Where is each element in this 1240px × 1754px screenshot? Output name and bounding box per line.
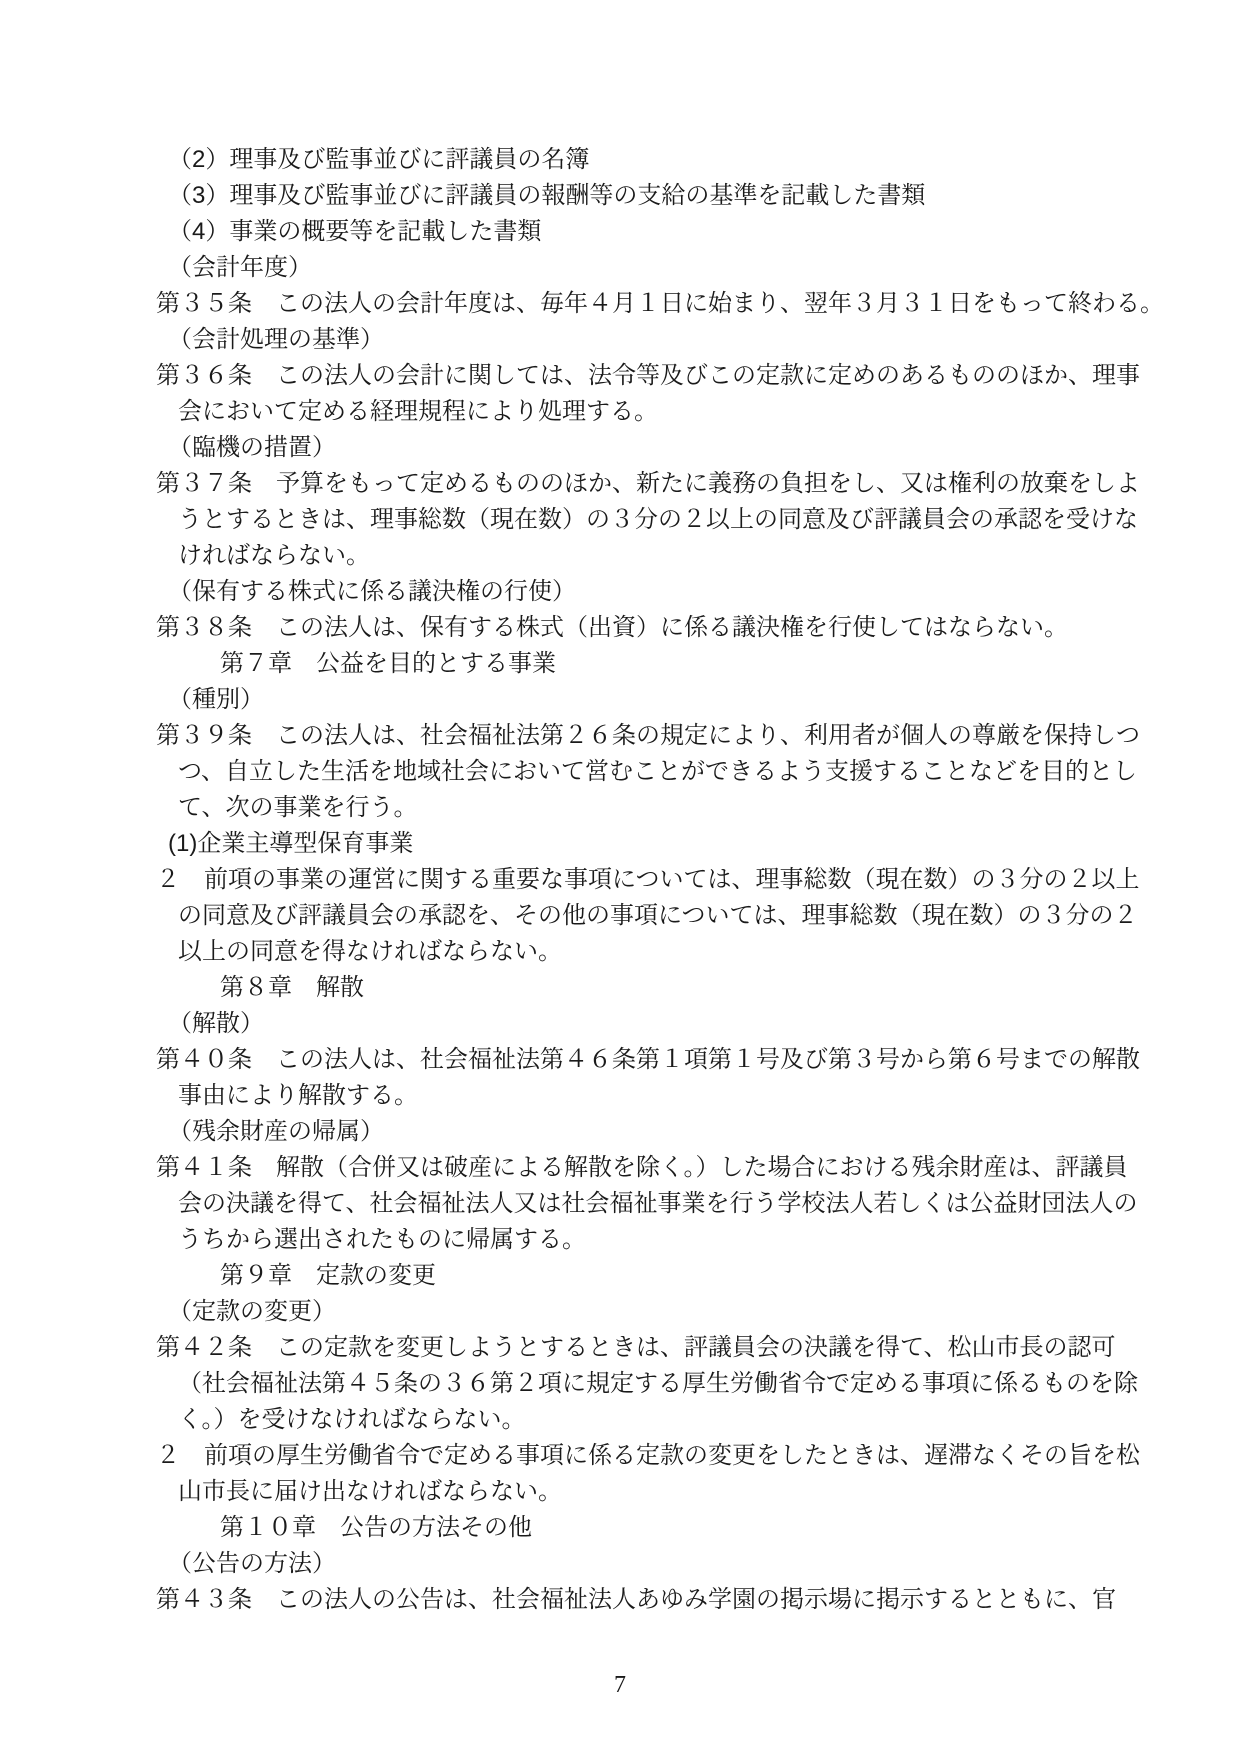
document-line: （公告の方法） [168,1546,1121,1582]
document-line: 山市長に届け出なければならない。 [178,1474,1121,1510]
document-line: ２ 前項の厚生労働省令で定める事項に係る定款の変更をしたときは、遅滞なくその旨を… [156,1438,1121,1474]
document-line: 会において定める経理規程により処理する。 [178,394,1121,430]
document-lines: （2）理事及び監事並びに評議員の名簿（3）理事及び監事並びに評議員の報酬等の支給… [156,142,1121,1618]
document-line: （定款の変更） [168,1294,1121,1330]
document-line: 以上の同意を得なければならない。 [178,934,1121,970]
document-line: 第４２条 この定款を変更しようとするときは、評議員会の決議を得て、松山市長の認可 [156,1330,1121,1366]
document-line: （臨機の措置） [168,430,1121,466]
document-line: （2）理事及び監事並びに評議員の名簿 [168,142,1121,178]
document-line: 会の決議を得て、社会福祉法人又は社会福祉事業を行う学校法人若しくは公益財団法人の [178,1186,1121,1222]
document-line: 第８章 解散 [220,970,1121,1006]
document-page: （2）理事及び監事並びに評議員の名簿（3）理事及び監事並びに評議員の報酬等の支給… [0,0,1240,1754]
document-line: 第３６条 この法人の会計に関しては、法令等及びこの定款に定めのあるもののほか、理… [156,358,1121,394]
document-line: 第４３条 この法人の公告は、社会福祉法人あゆみ学園の掲示場に掲示するとともに、官 [156,1582,1121,1618]
document-line: （種別） [168,682,1121,718]
document-line: 第４１条 解散（合併又は破産による解散を除く。）した場合における残余財産は、評議… [156,1150,1121,1186]
document-line: て、次の事業を行う。 [178,790,1121,826]
document-line: 第９章 定款の変更 [220,1258,1121,1294]
document-line: 第３７条 予算をもって定めるもののほか、新たに義務の負担をし、又は権利の放棄をし… [156,466,1121,502]
document-line: 第１０章 公告の方法その他 [220,1510,1121,1546]
document-line: （保有する株式に係る議決権の行使） [168,574,1121,610]
document-line: ２ 前項の事業の運営に関する重要な事項については、理事総数（現在数）の３分の２以… [156,862,1121,898]
document-line: （会計処理の基準） [168,322,1121,358]
document-line: （社会福祉法第４５条の３６第２項に規定する厚生労働省令で定める事項に係るものを除 [178,1366,1121,1402]
document-line: 第４０条 この法人は、社会福祉法第４６条第１項第１号及び第３号から第６号までの解… [156,1042,1121,1078]
document-line: 第７章 公益を目的とする事業 [220,646,1121,682]
document-line: （会計年度） [168,250,1121,286]
document-line: （3）理事及び監事並びに評議員の報酬等の支給の基準を記載した書類 [168,178,1121,214]
document-line: く。）を受けなければならない。 [178,1402,1121,1438]
document-line: うちから選出されたものに帰属する。 [178,1222,1121,1258]
document-line: （残余財産の帰属） [168,1114,1121,1150]
page-number: 7 [0,1672,1240,1699]
document-line: ければならない。 [178,538,1121,574]
document-line: (1)企業主導型保育事業 [168,826,1121,862]
document-line: 第３８条 この法人は、保有する株式（出資）に係る議決権を行使してはならない。 [156,610,1121,646]
document-line: つ、自立した生活を地域社会において営むことができるよう支援することなどを目的とし [178,754,1121,790]
document-line: うとするときは、理事総数（現在数）の３分の２以上の同意及び評議員会の承認を受けな [178,502,1121,538]
document-line: （4）事業の概要等を記載した書類 [168,214,1121,250]
document-line: 第３５条 この法人の会計年度は、毎年４月１日に始まり、翌年３月３１日をもって終わ… [156,286,1121,322]
document-line: （解散） [168,1006,1121,1042]
document-line: 事由により解散する。 [178,1078,1121,1114]
document-line: 第３９条 この法人は、社会福祉法第２６条の規定により、利用者が個人の尊厳を保持し… [156,718,1121,754]
document-line: の同意及び評議員会の承認を、その他の事項については、理事総数（現在数）の３分の２ [178,898,1121,934]
